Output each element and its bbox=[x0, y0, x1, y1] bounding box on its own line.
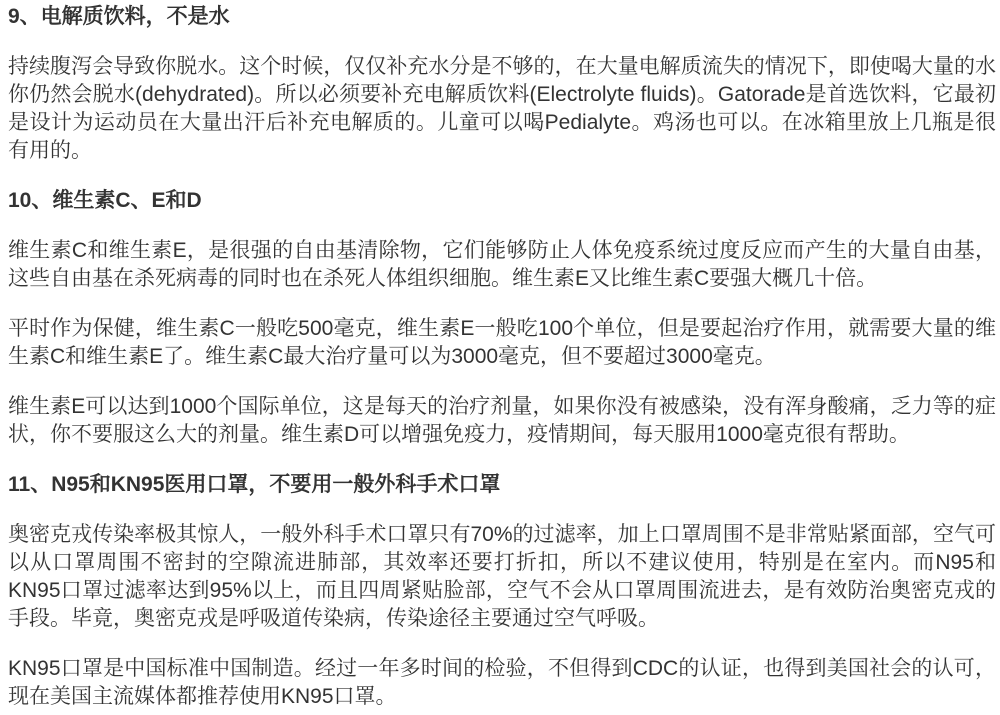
section-10-heading: 10、维生素C、E和D bbox=[8, 187, 996, 215]
section-9-paragraph-1: 持续腹泻会导致你脱水。这个时候，仅仅补充水分是不够的，在大量电解质流失的情况下，… bbox=[8, 53, 996, 165]
section-10-paragraph-1: 维生素C和维生素E，是很强的自由基清除物，它们能够防止人体免疫系统过度反应而产生… bbox=[8, 237, 996, 293]
section-10-paragraph-2: 平时作为保健，维生素C一般吃500毫克，维生素E一般吃100个单位，但是要起治疗… bbox=[8, 315, 996, 371]
section-11-heading: 11、N95和KN95医用口罩，不要用一般外科手术口罩 bbox=[8, 471, 996, 499]
section-11-paragraph-2: KN95口罩是中国标准中国制造。经过一年多时间的检验，不但得到CDC的认证，也得… bbox=[8, 655, 996, 711]
section-11-paragraph-1: 奥密克戎传染率极其惊人，一般外科手术口罩只有70%的过滤率，加上口罩周围不是非常… bbox=[8, 521, 996, 633]
article-body: 9、电解质饮料，不是水 持续腹泻会导致你脱水。这个时候，仅仅补充水分是不够的，在… bbox=[0, 0, 1000, 711]
section-10-paragraph-3: 维生素E可以达到1000个国际单位，这是每天的治疗剂量，如果你没有被感染，没有浑… bbox=[8, 393, 996, 449]
section-9-heading: 9、电解质饮料，不是水 bbox=[8, 3, 996, 31]
